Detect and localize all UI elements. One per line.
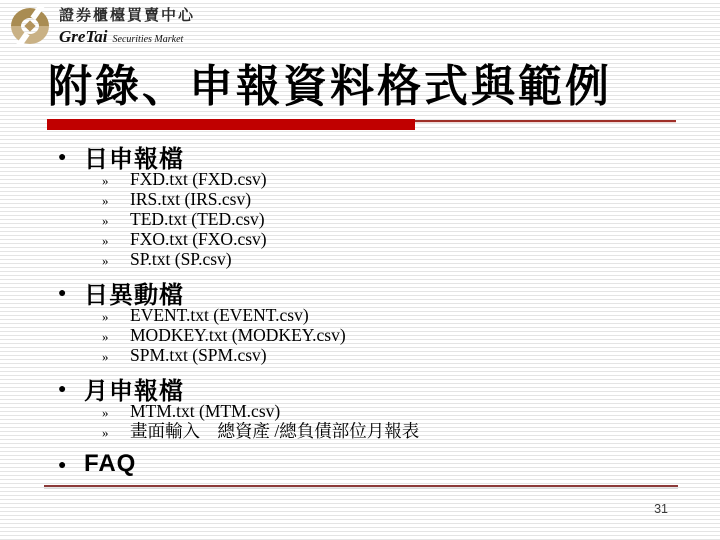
arrow-bullet-icon: »: [102, 327, 130, 346]
bullet-group: ●月申報檔»MTM.txt (MTM.csv)»畫面輸入 總資產 /總負債部位月…: [58, 374, 688, 442]
logo-en-name: GreTai: [59, 28, 108, 46]
arrow-bullet-icon: »: [102, 191, 130, 210]
logo-zh-name: 證券櫃檯買賣中心: [59, 9, 195, 25]
sub-item-text: IRS.txt (IRS.csv): [130, 190, 251, 209]
sub-item: »MODKEY.txt (MODKEY.csv): [102, 326, 688, 346]
bullet-group-header: ●月申報檔: [58, 374, 688, 402]
sub-item: »IRS.txt (IRS.csv): [102, 190, 688, 210]
arrow-bullet-icon: »: [102, 251, 130, 270]
sub-item-text: SPM.txt (SPM.csv): [130, 346, 267, 365]
sub-item-text: FXD.txt (FXD.csv): [130, 170, 267, 189]
sub-item: »SP.txt (SP.csv): [102, 250, 688, 270]
bullet-group-header: ●日申報檔: [58, 142, 688, 170]
bullet-dot-icon: ●: [58, 148, 84, 164]
bullet-dot-icon: ●: [58, 456, 84, 472]
sub-item-text: FXO.txt (FXO.csv): [130, 230, 267, 249]
logo: 證券櫃檯買賣中心 GreTai Securities Market: [8, 5, 195, 47]
sub-item: »EVENT.txt (EVENT.csv): [102, 306, 688, 326]
sub-item-text: MTM.txt (MTM.csv): [130, 402, 280, 421]
presentation-slide: 證券櫃檯買賣中心 GreTai Securities Market 附錄、申報資…: [0, 0, 720, 540]
arrow-bullet-icon: »: [102, 211, 130, 230]
slide-title: 附錄、申報資料格式與範例: [48, 62, 612, 113]
gretai-emblem-icon: [8, 5, 52, 47]
bullet-group: ●日申報檔»FXD.txt (FXD.csv)»IRS.txt (IRS.csv…: [58, 142, 688, 270]
bullet-group-header: ●FAQ: [58, 450, 688, 478]
sub-item: »FXO.txt (FXO.csv): [102, 230, 688, 250]
bullet-group: ●日異動檔»EVENT.txt (EVENT.csv)»MODKEY.txt (…: [58, 278, 688, 366]
footer-divider: [44, 485, 678, 489]
bullet-group-header: ●日異動檔: [58, 278, 688, 306]
page-number: 31: [654, 502, 668, 516]
title-underline-bar: [47, 119, 415, 130]
arrow-bullet-icon: »: [102, 347, 130, 366]
bullet-dot-icon: ●: [58, 284, 84, 300]
sub-item-text: SP.txt (SP.csv): [130, 250, 232, 269]
sub-item-text: MODKEY.txt (MODKEY.csv): [130, 326, 346, 345]
logo-en-subname: Securities Market: [113, 35, 184, 46]
logo-text: 證券櫃檯買賣中心 GreTai Securities Market: [59, 5, 195, 46]
bullet-list: ●日申報檔»FXD.txt (FXD.csv)»IRS.txt (IRS.csv…: [58, 142, 688, 478]
bullet-dot-icon: ●: [58, 380, 84, 396]
arrow-bullet-icon: »: [102, 231, 130, 250]
sub-item: »畫面輸入 總資產 /總負債部位月報表: [102, 422, 688, 442]
arrow-bullet-icon: »: [102, 171, 130, 190]
sub-item: »FXD.txt (FXD.csv): [102, 170, 688, 190]
sub-item: »SPM.txt (SPM.csv): [102, 346, 688, 366]
sub-item-text: EVENT.txt (EVENT.csv): [130, 306, 309, 325]
sub-item: »MTM.txt (MTM.csv): [102, 402, 688, 422]
arrow-bullet-icon: »: [102, 403, 130, 422]
bullet-group: ●FAQ: [58, 450, 688, 478]
sub-item: »TED.txt (TED.csv): [102, 210, 688, 230]
arrow-bullet-icon: »: [102, 423, 130, 442]
sub-item-text: TED.txt (TED.csv): [130, 210, 265, 229]
arrow-bullet-icon: »: [102, 307, 130, 326]
sub-item-text: 畫面輸入 總資產 /總負債部位月報表: [130, 422, 419, 441]
bullet-group-label: FAQ: [84, 450, 136, 478]
